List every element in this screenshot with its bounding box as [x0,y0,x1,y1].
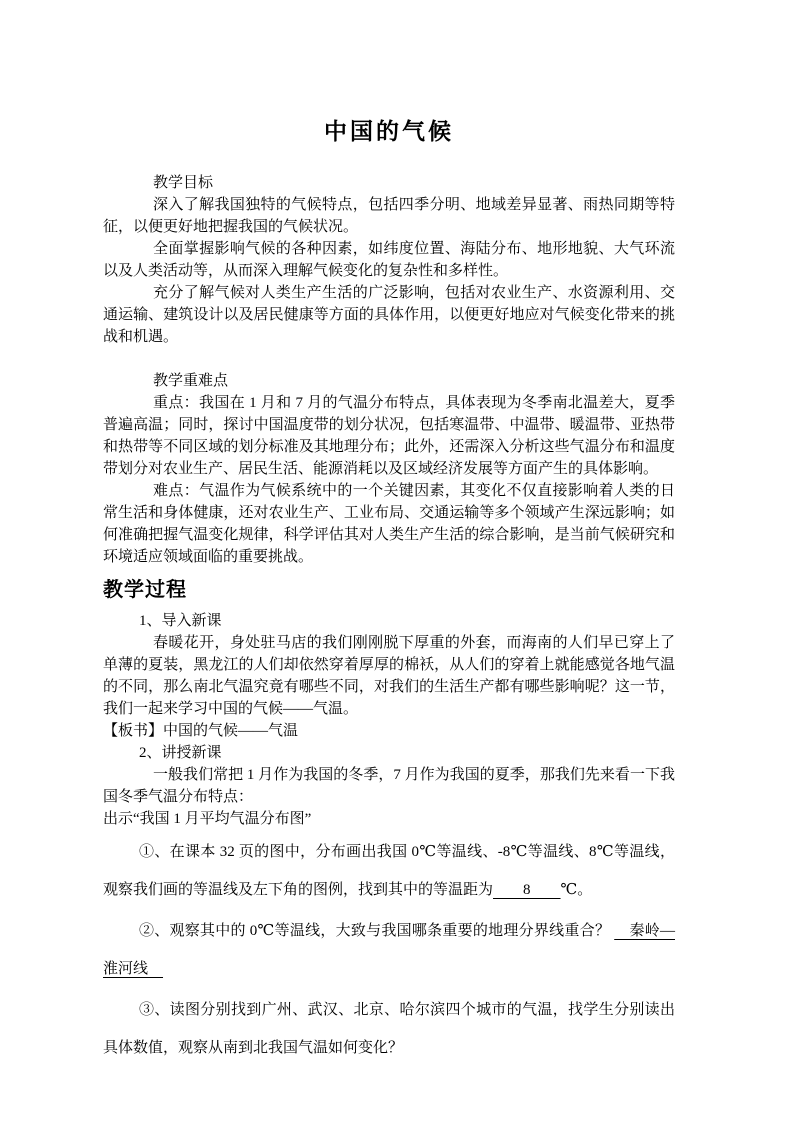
paragraph: ③、读图分别找到广州、武汉、北京、哈尔滨四个城市的气温，找学生分别读出具体数值，… [103,991,675,1067]
document-body: 教学目标深入了解我国独特的气候特点，包括四季分明、地域差异显著、雨热同期等特征，… [103,172,675,1067]
text-run: 教学目标 [153,175,213,191]
text-run: 【板书】中国的气候——气温 [103,723,298,739]
underlined-answer: 8 [493,882,561,898]
text-run: ②、观察其中的 0℃等温线，大致与我国哪条重要的地理分界线重合？ [139,923,614,939]
paragraph: 【板书】中国的气候——气温 [103,720,675,742]
paragraph: 全面掌握影响气候的各种因素，如纬度位置、海陆分布、地形地貌、大气环流以及人类活动… [103,238,675,282]
paragraph: ①、在课本 32 页的图中，分布画出我国 0℃等温线、-8℃等温线、8℃等温线，… [103,833,675,909]
paragraph: 出示“我国 1 月平均气温分布图” [103,808,675,830]
paragraph: 重点：我国在 1 月和 7 月的气温分布特点，具体表现为冬季南北温差大，夏季普遍… [103,392,675,480]
document-page: 中国的气候 教学目标深入了解我国独特的气候特点，包括四季分明、地域差异显著、雨热… [0,0,794,1123]
paragraph: 充分了解气候对人类生产生活的广泛影响，包括对农业生产、水资源利用、交通运输、建筑… [103,282,675,348]
text-run: 教学过程 [103,579,187,601]
text-run: ③、读图分别找到广州、武汉、北京、哈尔滨四个城市的气温，找学生分别读出具体数值，… [103,1002,675,1056]
section-heading: 教学过程 [103,576,675,604]
paragraph: 深入了解我国独特的气候特点，包括四季分明、地域差异显著、雨热同期等特征，以便更好… [103,194,675,238]
paragraph: 2、讲授新课 [103,742,675,764]
text-run: 一般我们常把 1 月作为我国的冬季，7 月作为我国的夏季，那我们先来看一下我国冬… [103,767,675,805]
text-run: 出示“我国 1 月平均气温分布图” [103,811,311,827]
paragraph: 春暖花开，身处驻马店的我们刚刚脱下厚重的外套，而海南的人们早已穿上了单薄的夏装，… [103,632,675,720]
paragraph: 教学重难点 [103,370,675,392]
text-run: 全面掌握影响气候的各种因素，如纬度位置、海陆分布、地形地貌、大气环流以及人类活动… [103,241,675,279]
document-title: 中国的气候 [103,116,675,146]
text-run: 春暖花开，身处驻马店的我们刚刚脱下厚重的外套，而海南的人们早已穿上了单薄的夏装，… [103,635,675,717]
text-run: 难点：气温作为气候系统中的一个关键因素，其变化不仅直接影响着人类的日常生活和身体… [103,483,675,565]
text-run: 1、导入新课 [139,613,222,629]
blank-line [103,348,675,370]
text-run: ℃。 [561,882,593,898]
paragraph: 教学目标 [103,172,675,194]
text-run: 重点：我国在 1 月和 7 月的气温分布特点，具体表现为冬季南北温差大，夏季普遍… [103,395,675,477]
paragraph: ②、观察其中的 0℃等温线，大致与我国哪条重要的地理分界线重合？ 秦岭—淮河线 [103,912,675,988]
paragraph: 难点：气温作为气候系统中的一个关键因素，其变化不仅直接影响着人类的日常生活和身体… [103,480,675,568]
text-run: 深入了解我国独特的气候特点，包括四季分明、地域差异显著、雨热同期等特征，以便更好… [103,197,675,235]
text-run: 充分了解气候对人类生产生活的广泛影响，包括对农业生产、水资源利用、交通运输、建筑… [103,285,675,345]
text-run: 教学重难点 [153,373,228,389]
text-run: 2、讲授新课 [139,745,222,761]
paragraph: 一般我们常把 1 月作为我国的冬季，7 月作为我国的夏季，那我们先来看一下我国冬… [103,764,675,808]
paragraph: 1、导入新课 [103,610,675,632]
